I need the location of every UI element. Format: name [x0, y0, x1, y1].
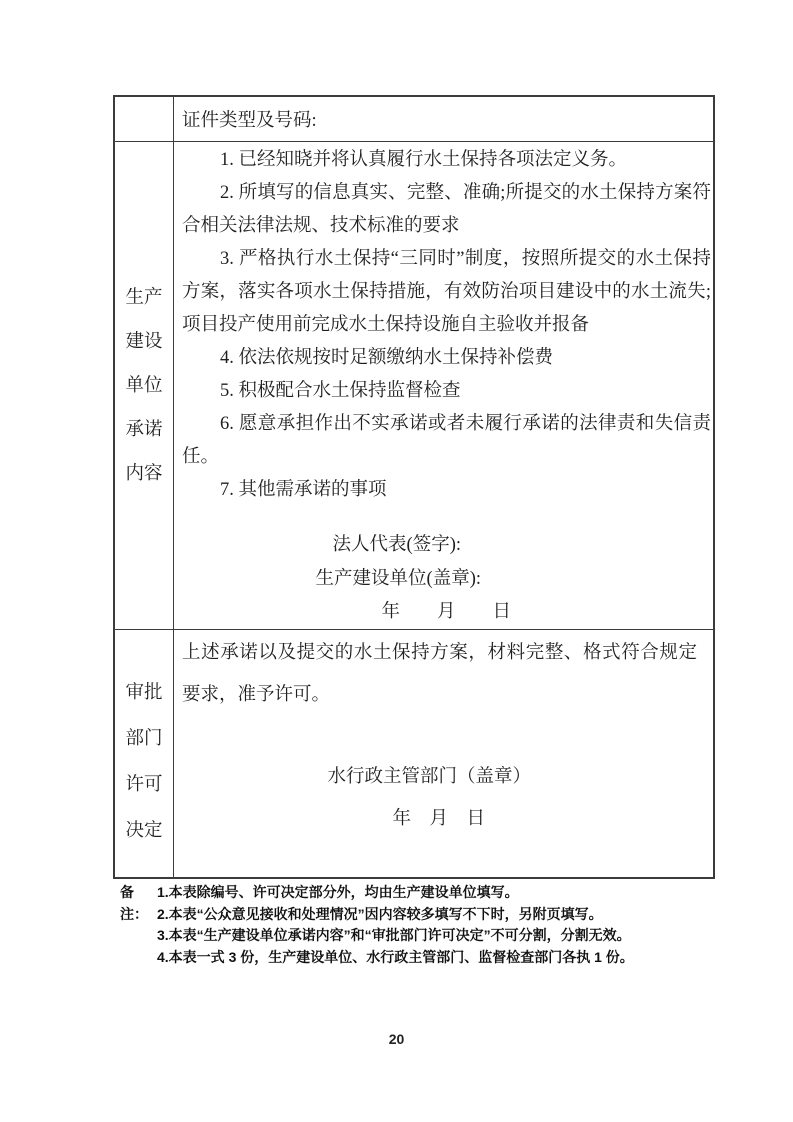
page-number: 20 — [0, 1031, 793, 1047]
commitment-header-line: 内容 — [125, 452, 162, 496]
commitment-date-line: 年 月 日 — [182, 596, 711, 630]
water-authority-seal-line: 水行政主管部门（盖章） — [182, 756, 711, 798]
commitment-form-table: 证件类型及号码: 生产 建设 单位 承诺 内容 1. 已经知晓并将认真履行水土保… — [113, 95, 715, 879]
approval-header-line: 决定 — [125, 808, 162, 854]
commitment-item-4: 4. 依法依规按时足额缴纳水土保持补偿费 — [182, 342, 711, 375]
note-item-3: 3.本表“生产建设单位承诺内容”和“审批部门许可决定”不可分割，分割无效。 — [157, 925, 726, 947]
commitment-row-header: 生产 建设 单位 承诺 内容 — [115, 142, 174, 630]
signature-spacer — [182, 507, 711, 529]
notes-label: 备注： — [120, 882, 157, 925]
commitment-header-line: 建设 — [125, 320, 162, 364]
commitment-item-6: 6. 愿意承担作出不实承诺或者未履行承诺的法律责和失信责任。 — [182, 408, 711, 474]
commitment-item-5: 5. 积极配合水土保持监督检查 — [182, 375, 711, 408]
note-item-1: 1.本表除编号、许可决定部分外，均由生产建设单位填写。 — [157, 882, 726, 904]
commitment-content-cell: 1. 已经知晓并将认真履行水土保持各项法定义务。 2. 所填写的信息真实、完整、… — [174, 142, 713, 630]
construction-unit-seal-line: 生产建设单位(盖章): — [182, 563, 711, 597]
commitment-item-1: 1. 已经知晓并将认真履行水土保持各项法定义务。 — [182, 144, 711, 177]
approval-decision-text: 上述承诺以及提交的水土保持方案，材料完整、格式符合规定要求，准予许可。 — [182, 632, 697, 716]
approval-date-line: 年 月 日 — [182, 798, 711, 840]
table-cell-empty-header — [115, 97, 174, 142]
commitment-header-line: 单位 — [125, 364, 162, 408]
approval-header-line: 部门 — [125, 716, 162, 762]
commitment-header-line: 生产 — [125, 276, 162, 320]
approval-content-cell: 上述承诺以及提交的水土保持方案，材料完整、格式符合规定要求，准予许可。 水行政主… — [174, 630, 713, 877]
commitment-header-line: 承诺 — [125, 408, 162, 452]
notes-list: 1.本表除编号、许可决定部分外，均由生产建设单位填写。 2.本表“公众意见接收和… — [157, 882, 726, 968]
legal-representative-signature-line: 法人代表(签字): — [182, 529, 711, 563]
commitment-item-2: 2. 所填写的信息真实、完整、准确;所提交的水土保持方案符合相关法律法规、技术标… — [182, 177, 711, 243]
notes-section: 备注： 1.本表除编号、许可决定部分外，均由生产建设单位填写。 2.本表“公众意… — [120, 882, 726, 968]
document-page: 证件类型及号码: 生产 建设 单位 承诺 内容 1. 已经知晓并将认真履行水土保… — [0, 0, 793, 1122]
certificate-row: 证件类型及号码: — [174, 97, 713, 142]
certificate-type-label: 证件类型及号码: — [182, 106, 317, 132]
note-item-2: 2.本表“公众意见接收和处理情况”因内容较多填写不下时，另附页填写。 — [157, 904, 726, 926]
note-item-4: 4.本表一式 3 份，生产建设单位、水行政主管部门、监督检查部门各执 1 份。 — [157, 947, 726, 969]
approval-row-header: 审批 部门 许可 决定 — [115, 630, 174, 877]
commitment-item-3: 3. 严格执行水土保持“三同时”制度，按照所提交的水土保持方案，落实各项水土保持… — [182, 243, 711, 342]
approval-header-line: 审批 — [125, 670, 162, 716]
approval-header-line: 许可 — [125, 762, 162, 808]
commitment-item-7: 7. 其他需承诺的事项 — [182, 474, 711, 507]
